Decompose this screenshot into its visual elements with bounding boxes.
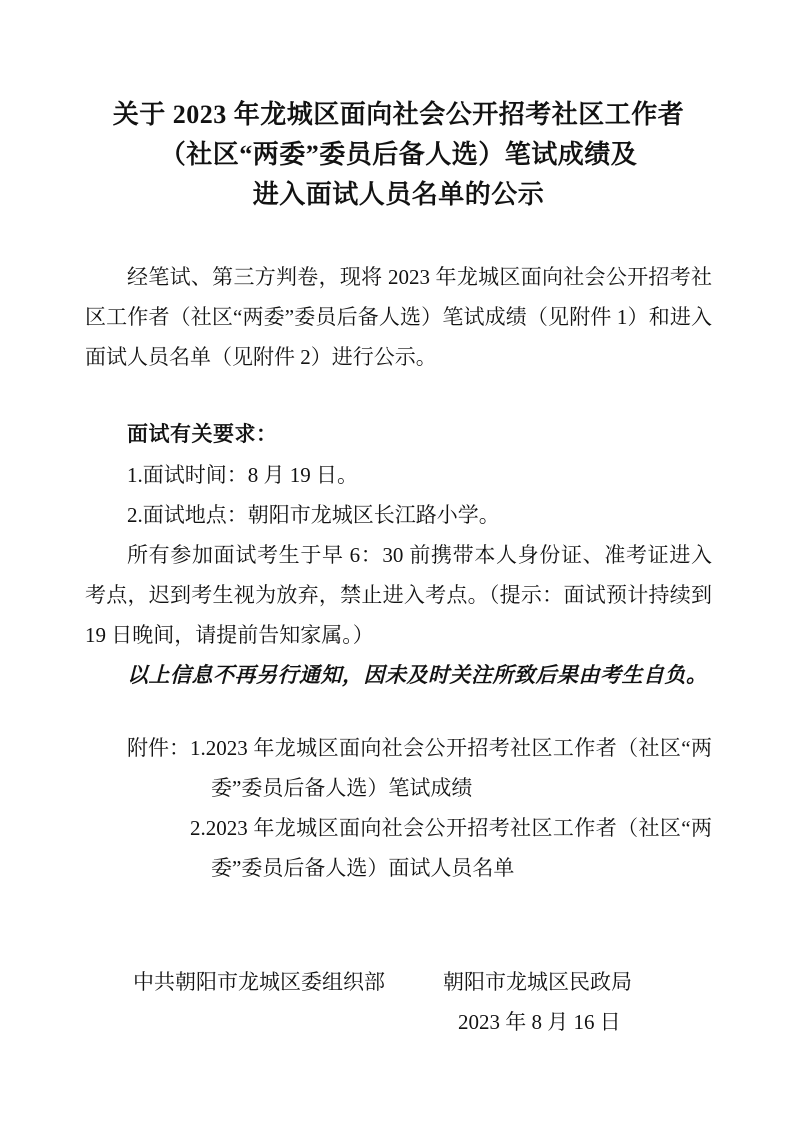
attachment-item-1: 1.2023 年龙城区面向社会公开招考社区工作者（社区“两委”委员后备人选）笔试… — [190, 728, 712, 808]
notice-document-page: 关于 2023 年龙城区面向社会公开招考社区工作者 （社区“两委”委员后备人选）… — [0, 0, 793, 1122]
requirement-item-time: 1.面试时间：8 月 19 日。 — [85, 455, 712, 495]
interview-requirements-heading: 面试有关要求： — [85, 415, 712, 455]
attachments-label: 附件： — [127, 728, 190, 768]
attachment-item-2: 2.2023 年龙城区面向社会公开招考社区工作者（社区“两委”委员后备人选）面试… — [190, 808, 712, 888]
title-line-3: 进入面试人员名单的公示 — [85, 175, 712, 215]
important-notice: 以上信息不再另行通知，因未及时关注所致后果由考生自负。 — [85, 655, 712, 695]
attachments-block: 附件： 1.2023 年龙城区面向社会公开招考社区工作者（社区“两委”委员后备人… — [85, 728, 712, 888]
document-title: 关于 2023 年龙城区面向社会公开招考社区工作者 （社区“两委”委员后备人选）… — [85, 95, 712, 215]
requirement-item-location: 2.面试地点：朝阳市龙城区长江路小学。 — [85, 495, 712, 535]
exam-notice-paragraph: 所有参加面试考生于早 6：30 前携带本人身份证、准考证进入考点，迟到考生视为放… — [85, 535, 712, 655]
signature-org-right: 朝阳市龙城区民政局 — [443, 962, 632, 1002]
signature-org-left: 中共朝阳市龙城区委组织部 — [133, 962, 385, 1002]
title-line-2: （社区“两委”委员后备人选）笔试成绩及 — [85, 135, 712, 175]
signature-date: 2023 年 8 月 16 日 — [85, 1002, 712, 1042]
signature-row: 中共朝阳市龙城区委组织部 朝阳市龙城区民政局 — [85, 962, 712, 1002]
title-line-1: 关于 2023 年龙城区面向社会公开招考社区工作者 — [85, 95, 712, 135]
intro-paragraph: 经笔试、第三方判卷，现将 2023 年龙城区面向社会公开招考社区工作者（社区“两… — [85, 257, 712, 377]
attachments-list: 1.2023 年龙城区面向社会公开招考社区工作者（社区“两委”委员后备人选）笔试… — [190, 728, 712, 888]
